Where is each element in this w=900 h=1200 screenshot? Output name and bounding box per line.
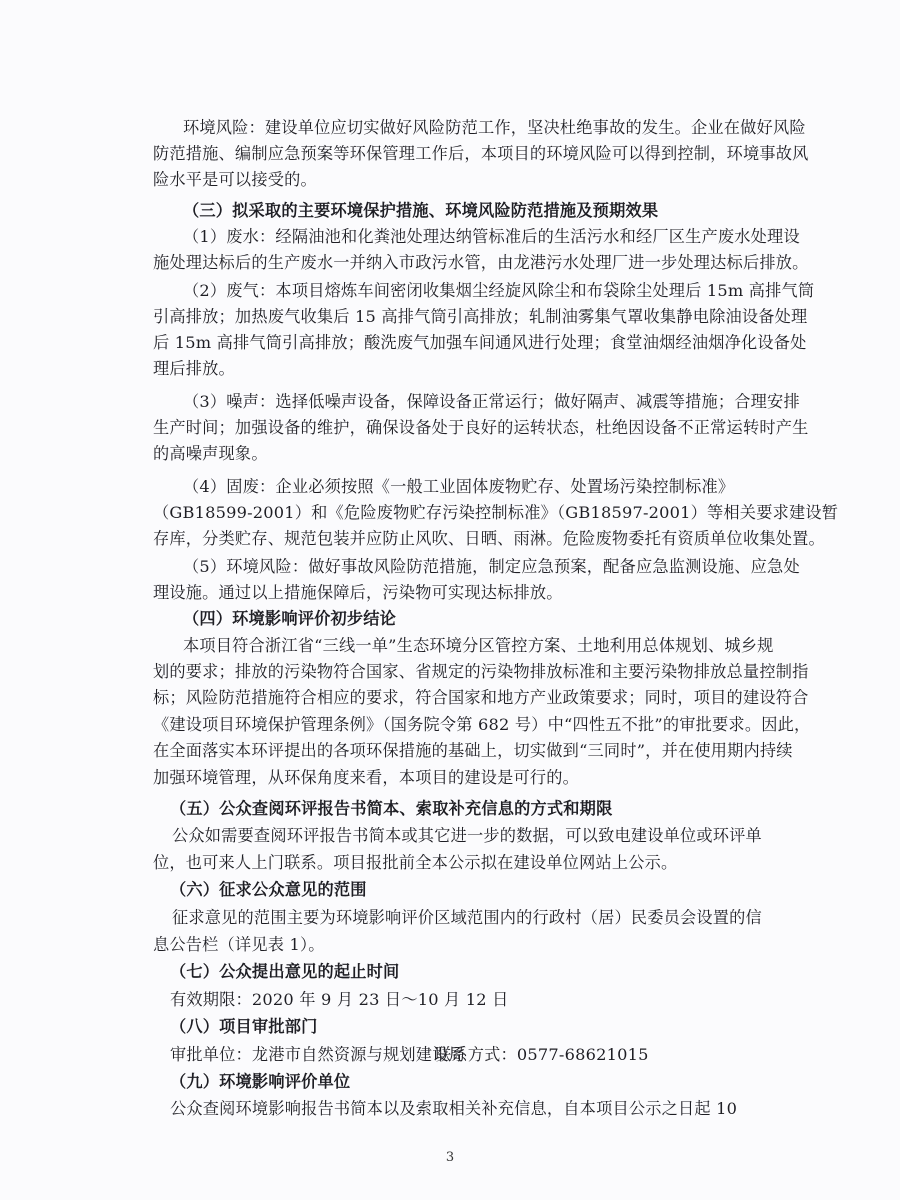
- section-heading: （五）公众查阅环评报告书简本、索取补充信息的方式和期限: [170, 799, 612, 819]
- text-line: 划的要求；排放的污染物符合国家、省规定的污染物排放标准和主要污染物排放总量控制指: [153, 662, 809, 682]
- text-line: 本项目符合浙江省“三线一单”生态环境分区管控方案、土地利用总体规划、城乡规: [183, 636, 774, 656]
- text-line: 《建设项目环境保护管理条例》（国务院令第 682 号）中“四性五不批”的审批要求…: [153, 715, 810, 735]
- text-line: 后 15m 高排气筒引高排放；酸洗废气加强车间通风进行处理；食堂油烟经油烟净化设…: [153, 333, 807, 353]
- section-heading: （四）环境影响评价初步结论: [183, 609, 396, 629]
- text-line: （GB18599-2001）和《危险废物贮存污染控制标准》（GB18597-20…: [153, 503, 838, 523]
- text-line: 施处理达标后的生产废水一并纳入市政污水管，由龙港污水处理厂进一步处理达标后排放。: [153, 253, 809, 273]
- text-line: 有效期限：2020 年 9 月 23 日～10 月 12 日: [170, 990, 509, 1010]
- text-line: 险水平是可以接受的。: [153, 170, 317, 190]
- text-line: 生产时间；加强设备的维护，确保设备处于良好的运转状态，杜绝因设备不正常运转时产生: [153, 418, 809, 438]
- text-line: 标；风险防范措施符合相应的要求，符合国家和地方产业政策要求；同时，项目的建设符合: [153, 688, 809, 708]
- text-line: （5）环境风险：做好事故风险防范措施，制定应急预案，配备应急监测设施、应急处: [183, 557, 800, 577]
- text-line: 公众如需要查阅环评报告书简本或其它进一步的数据，可以致电建设单位或环评单: [172, 826, 762, 846]
- text-line: 征求意见的范围主要为环境影响评价区域范围内的行政村（居）民委员会设置的信: [172, 908, 762, 928]
- document-page: 环境风险：建设单位应切实做好风险防范工作，坚决杜绝事故的发生。企业在做好风险防范…: [0, 0, 900, 1200]
- text-line: （2）废气：本项目熔炼车间密闭收集烟尘经旋风除尘和布袋除尘处理后 15m 高排气…: [183, 281, 814, 301]
- text-line: 理设施。通过以上措施保障后，污染物可实现达标排放。: [153, 583, 563, 603]
- text-line: 公众查阅环境影响报告书简本以及索取相关补充信息，自本项目公示之日起 10: [170, 1099, 737, 1119]
- text-line: 引高排放；加热废气收集后 15 高排气筒引高排放；轧制油雾集气罩收集静电除油设备…: [153, 307, 807, 327]
- text-line: （4）固废：企业必须按照《一般工业固体废物贮存、处置场污染控制标准》: [183, 477, 734, 497]
- text-line: 存库，分类贮存、规范包装并应防止风吹、日晒、雨淋。危险废物委托有资质单位收集处置…: [153, 529, 825, 549]
- section-heading: （三）拟采取的主要环境保护措施、环境风险防范措施及预期效果: [183, 201, 658, 221]
- section-heading: （八）项目审批部门: [170, 1017, 318, 1037]
- text-line: 息公告栏（详见表 1）。: [153, 935, 325, 955]
- text-line: 的高噪声现象。: [153, 444, 268, 464]
- text-line: （3）噪声：选择低噪声设备，保障设备正常运行；做好隔声、减震等措施；合理安排: [183, 392, 800, 412]
- text-line: 防范措施、编制应急预案等环保管理工作后，本项目的环境风险可以得到控制，环境事故风: [153, 144, 809, 164]
- text-line: 理后排放。: [153, 359, 235, 379]
- text-line: 位，也可来人上门联系。项目报批前全本公示拟在建设单位网站上公示。: [153, 853, 677, 873]
- section-heading: （六）征求公众意见的范围: [170, 880, 367, 900]
- page-number: 3: [0, 1150, 900, 1165]
- text-line: 加强环境管理，从环保角度来看，本项目的建设是可行的。: [153, 768, 579, 788]
- text-line: （1）废水：经隔油池和化粪池处理达纳管标准后的生活污水和经厂区生产废水处理设: [183, 227, 800, 247]
- text-line: 环境风险：建设单位应切实做好风险防范工作，坚决杜绝事故的发生。企业在做好风险: [183, 118, 806, 138]
- text-line: 联系方式：0577-68621015: [435, 1045, 649, 1065]
- text-line: 在全面落实本环评提出的各项环保措施的基础上，切实做到“三同时”，并在使用期内持续: [153, 741, 793, 761]
- text-line: 审批单位：龙港市自然资源与规划建设局: [170, 1045, 465, 1065]
- section-heading: （九）环境影响评价单位: [170, 1072, 350, 1092]
- section-heading: （七）公众提出意见的起止时间: [170, 962, 399, 982]
